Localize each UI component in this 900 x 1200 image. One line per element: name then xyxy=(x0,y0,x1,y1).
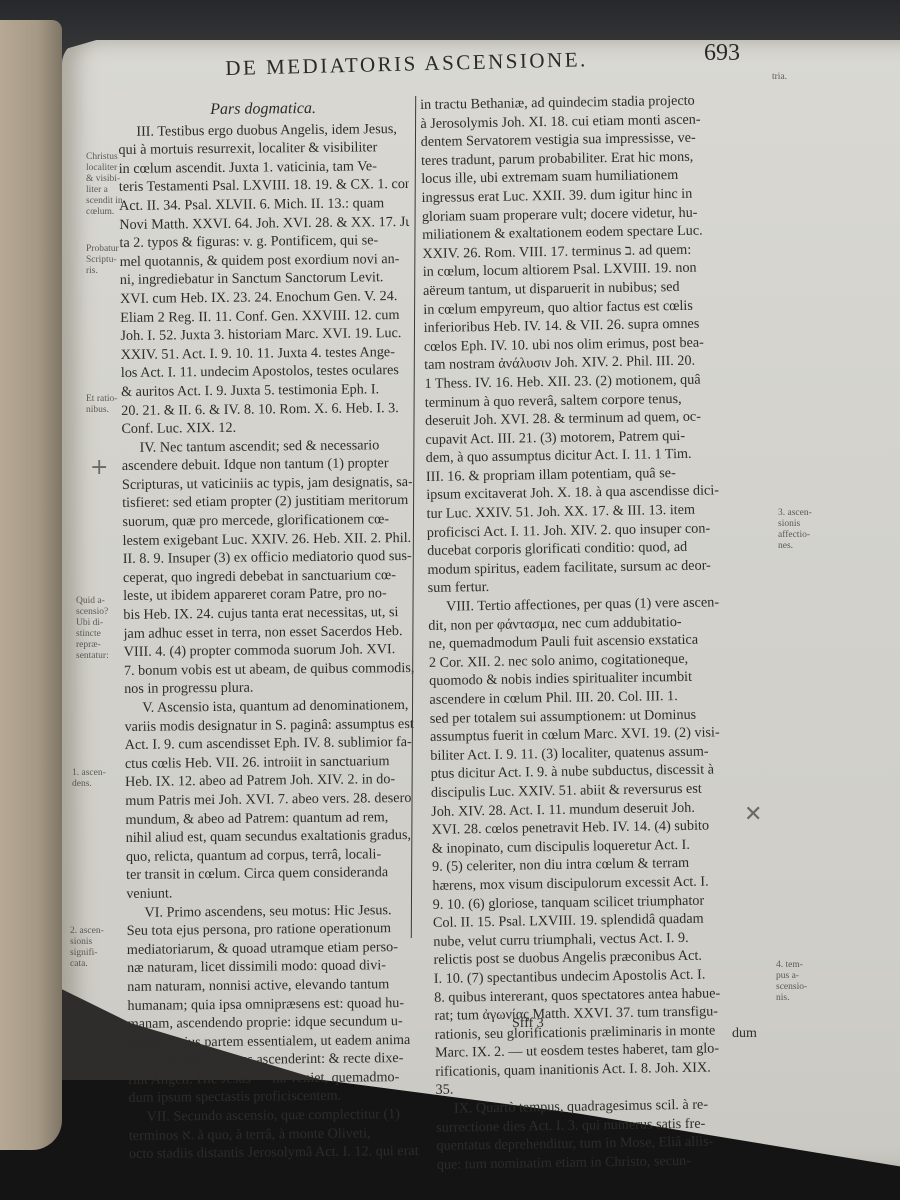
left-text-line: & auritos Act. I. 9. Juxta 5. testimonia… xyxy=(121,380,411,402)
margin-note-left: Christus localiter & visibi- liter a sce… xyxy=(86,152,123,218)
left-text-line: 7. bonum vobis est ut abeam, de quibus c… xyxy=(124,659,414,681)
margin-note-left: Quid a- scensio? Ubi di- stincte repræ- … xyxy=(76,596,109,662)
signature-mark: Sfff 3 xyxy=(512,1016,544,1032)
catchword: dum xyxy=(732,1026,757,1042)
left-text-line: octo stadiis distantis Jerosolymâ Act. I… xyxy=(129,1142,419,1164)
margin-note-left: 1. ascen- dens. xyxy=(72,768,106,790)
left-text-line: bis Heb. IX. 24. cujus tanta erat necess… xyxy=(123,603,413,625)
left-text-line: VII. Secundo ascensio, quæ complectitur … xyxy=(129,1105,419,1127)
left-text-line: V. Ascensio ista, quantum ad denominatio… xyxy=(124,696,414,718)
page-number: 693 xyxy=(704,40,740,67)
section-title: Pars dogmatica. xyxy=(118,99,408,121)
margin-note-left: Et ratio- nibus. xyxy=(86,394,117,416)
left-text-line: XVI. cum Heb. IX. 23. 24. Enochum Gen. V… xyxy=(120,287,410,309)
pencil-cross-icon: ✕ xyxy=(744,802,762,827)
left-column: Pars dogmatica. III. Testibus ergo duobu… xyxy=(118,99,419,1164)
margin-note-left: 2. ascen- sionis signifi- cata. xyxy=(70,926,104,970)
left-text-line: mum Patris mei Joh. XVI. 7. abeo vers. 2… xyxy=(125,789,415,811)
left-text-line: rint Angeli: Hic Jesus — ita veniet, que… xyxy=(128,1068,418,1090)
left-text-line: ter transit in cœlum. Circa quem conside… xyxy=(126,863,416,885)
margin-note-right: 4. tem- pus a- scensio- nis. xyxy=(776,960,807,1004)
left-column-text: III. Testibus ergo duobus Angelis, idem … xyxy=(118,120,419,1164)
left-text-line: nam naturam, nonnisi active, elevando ta… xyxy=(127,975,417,997)
facing-page-edge xyxy=(0,20,62,1150)
right-column-text: in tractu Bethaniæ, ad quindecim stadia … xyxy=(420,90,789,1174)
margin-note-right: 3. ascen- sionis affectio- nes. xyxy=(778,508,812,552)
left-text-line: 20. 21. & II. 6. & IV. 8. 10. Rom. X. 6.… xyxy=(121,398,411,420)
pencil-cross-icon: + xyxy=(90,455,108,480)
left-text-line: Act. II. 34. Psal. XLVII. 6. Mich. II. 1… xyxy=(119,194,409,216)
right-column: in tractu Bethaniæ, ad quindecim stadia … xyxy=(420,90,789,1174)
margin-note-left: Probatur Scriptu- ris. xyxy=(86,244,119,277)
margin-note-right: tria. xyxy=(772,72,787,83)
